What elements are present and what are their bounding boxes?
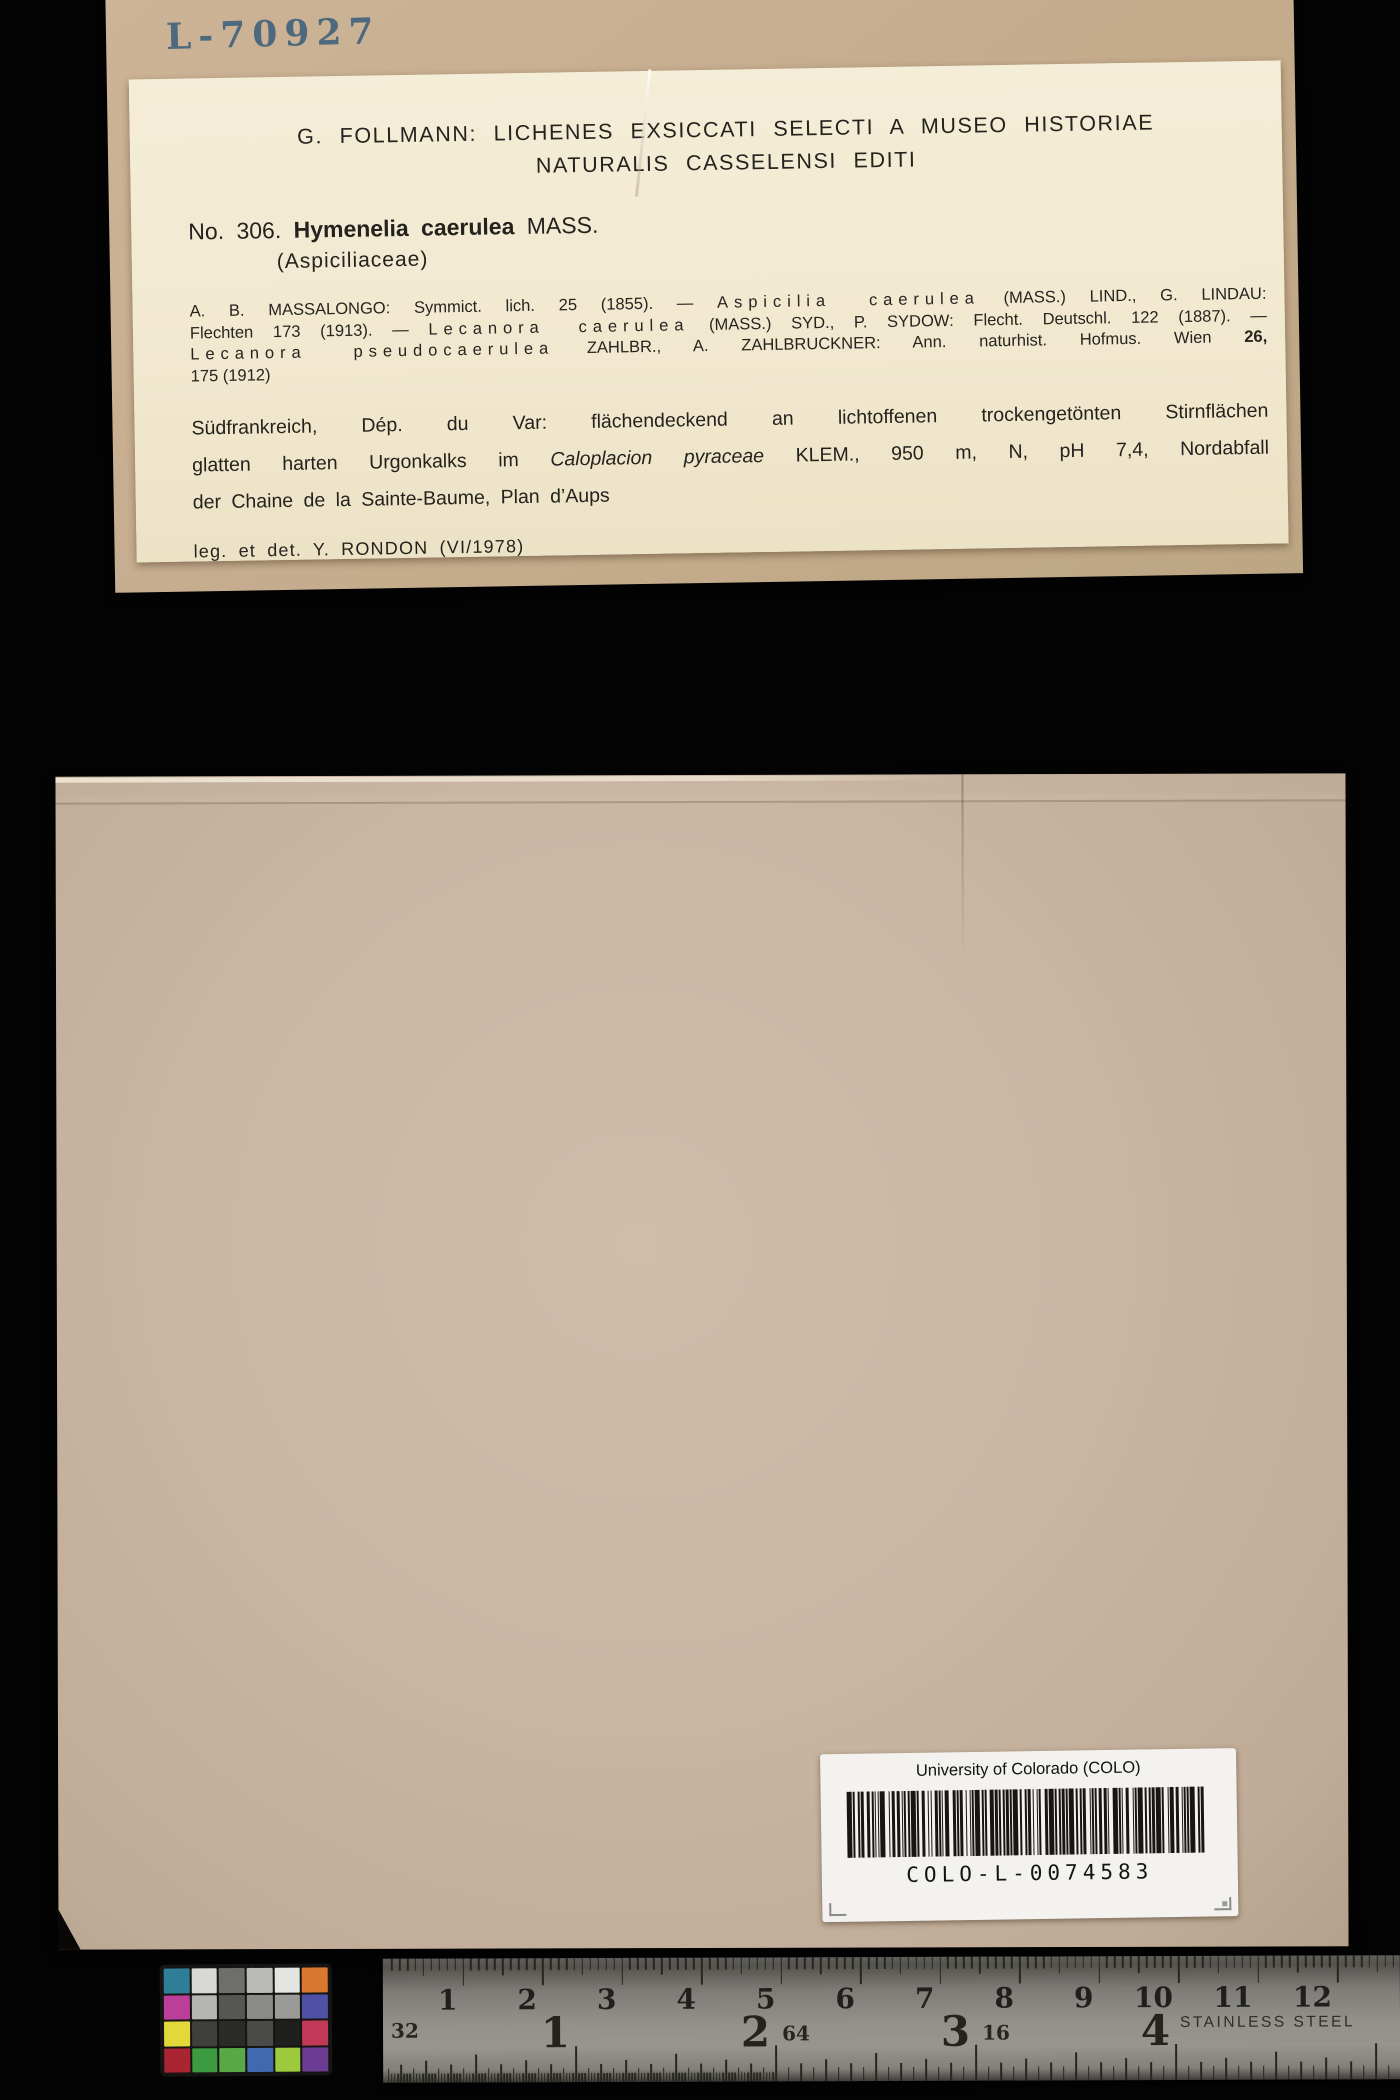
barcode-bar	[944, 1790, 950, 1856]
ruler-tick	[1297, 1956, 1299, 1973]
ruler-tick	[1043, 1956, 1045, 1968]
ruler-tick	[663, 2068, 665, 2082]
ruler-tick	[678, 2073, 680, 2082]
ruler-tick	[1392, 1955, 1394, 1967]
ruler-tick	[1329, 1955, 1331, 1967]
barcode-bar	[1082, 1788, 1086, 1854]
barcode-bar	[1121, 1788, 1124, 1854]
ruler-inch-number: 3	[941, 2007, 975, 2056]
barcode-bar	[911, 1791, 917, 1857]
collector-line: leg. et det. Y. RONDON (VI/1978)	[193, 523, 1288, 562]
ruler-tick	[653, 2073, 655, 2082]
ruler-fraction-label: 64	[782, 2021, 810, 2045]
color-patch	[247, 2047, 273, 2072]
ruler-tick	[407, 1959, 409, 1971]
color-patch	[274, 1968, 300, 1993]
ruler-tick	[1345, 1955, 1347, 1967]
ruler-tick	[558, 1958, 560, 1970]
color-patch	[247, 1994, 273, 2019]
ruler-tick	[1138, 2066, 1140, 2080]
ruler-tick	[963, 2067, 965, 2081]
ruler-tick	[688, 2068, 690, 2082]
synonym-taxon: Lecanora caerulea	[428, 316, 689, 338]
ruler-tick	[892, 1957, 894, 1969]
ruler-tick	[1233, 1956, 1235, 1968]
color-patch	[192, 2048, 218, 2073]
ruler-tick	[701, 1958, 703, 1985]
ruler-brand-text: STAINLESS STEEL	[1180, 2013, 1355, 2032]
color-patch	[192, 2021, 218, 2046]
ruler-tick	[1388, 2065, 1390, 2079]
ruler-tick	[531, 2073, 533, 2082]
ruler-tick	[406, 2074, 408, 2083]
ruler-tick	[1075, 2052, 1077, 2080]
ruler-tick	[528, 2073, 530, 2082]
ruler-tick	[430, 1959, 432, 1971]
ruler-tick	[391, 1959, 393, 1971]
species-name: Hymenelia caerulea	[293, 213, 514, 243]
color-patch	[220, 2048, 246, 2073]
ruler-cm-number: 4	[676, 1983, 701, 2016]
ruler-tick	[825, 2059, 827, 2081]
ruler-tick	[1178, 1956, 1180, 1983]
locality-paragraph: Südfrankreich, Dép. du Var: flächendecke…	[191, 393, 1270, 522]
envelope-fold-crease	[56, 799, 1346, 804]
ruler-tick	[772, 1957, 774, 1969]
color-calibration-chart	[160, 1963, 333, 2076]
ruler-tick	[466, 2073, 468, 2082]
ruler-tick	[638, 2068, 640, 2082]
ruler-tick	[1213, 2066, 1215, 2080]
ruler-tick	[578, 2073, 580, 2082]
synonymy-paragraph: A. B. MASSALONGO: Symmict. lich. 25 (185…	[189, 284, 1267, 388]
ruler-tick	[391, 2074, 393, 2083]
ruler-tick	[950, 2063, 952, 2081]
ruler-tick	[585, 2073, 587, 2082]
ruler-tick	[691, 2073, 693, 2082]
ruler-tick	[987, 1957, 989, 1969]
ruler-tick	[388, 2069, 390, 2083]
ruler-tick	[645, 1958, 647, 1970]
ruler-tick	[425, 2061, 427, 2083]
ruler-tick	[589, 1958, 591, 1970]
barcode-bar	[1020, 1789, 1023, 1855]
ruler-tick	[756, 1957, 758, 1969]
ruler-tick	[416, 2074, 418, 2083]
ruler-tick	[481, 2073, 483, 2082]
ruler-tick	[566, 2073, 568, 2082]
ruler-cm-number: 7	[915, 1982, 940, 2015]
community-taxon: Caloplacion pyraceae	[550, 445, 764, 471]
color-patch	[219, 2021, 245, 2046]
ruler-tick	[1263, 2066, 1265, 2080]
ruler-cm-number: 2	[517, 1983, 542, 2016]
ruler-tick	[979, 1957, 981, 1974]
ruler-tick	[820, 1957, 822, 1974]
ruler-tick	[915, 1957, 917, 1969]
ruler-tick	[913, 2067, 915, 2081]
ruler-tick	[653, 1958, 655, 1970]
ruler-tick	[836, 1957, 838, 1969]
ruler-tick	[1321, 1955, 1323, 1967]
barcode-bar	[1107, 1788, 1110, 1854]
ruler-tick	[1305, 1956, 1307, 1968]
corner-mark-icon	[1214, 1897, 1231, 1910]
ruler-tick	[463, 2068, 465, 2082]
ruler-tick	[399, 1959, 401, 1971]
ruler-tick	[938, 2067, 940, 2081]
ruler-cm-number: 1	[438, 1983, 463, 2016]
ruler-tick	[988, 2067, 990, 2081]
ruler-tick	[1313, 1956, 1315, 1968]
ruler-cm-number: 3	[597, 1983, 622, 2016]
ruler-tick	[812, 1957, 814, 1969]
color-patch	[164, 2048, 190, 2073]
corner-mark-icon	[829, 1903, 846, 1916]
text: Flechten 173 (1913). —	[190, 320, 429, 342]
ruler-tick	[616, 2073, 618, 2082]
ruler-tick	[741, 1958, 743, 1975]
specimen-envelope: University of Colorado (COLO) COLO-L-007…	[55, 773, 1348, 1949]
ruler-tick	[1098, 1956, 1100, 1983]
ruler-tick	[735, 2073, 737, 2082]
ruler-inch-number: 4	[1141, 2006, 1175, 2055]
ruler-tick	[1186, 1956, 1188, 1968]
ruler-tick	[1200, 2062, 1202, 2080]
ruler-tick	[1114, 1956, 1116, 1968]
ruler-tick	[502, 1958, 504, 1975]
ruler-tick	[550, 2064, 552, 2082]
ruler-tick	[550, 1958, 552, 1970]
ruler-tick	[1170, 1956, 1172, 1968]
ruler-tick	[526, 1958, 528, 1970]
ruler-tick	[1082, 1956, 1084, 1968]
ruler-tick	[697, 2073, 699, 2082]
ruler-tick	[923, 1957, 925, 1969]
ruler-tick	[628, 2073, 630, 2082]
barcode-bar	[1113, 1788, 1119, 1854]
ruler-tick	[547, 2073, 549, 2082]
ruler-tick	[622, 2073, 624, 2082]
ruler-tick	[500, 2064, 502, 2082]
ruler-fraction-label: 16	[982, 2021, 1010, 2045]
ruler-tick	[1150, 2062, 1152, 2080]
ruler-tick	[694, 2073, 696, 2082]
ruler-tick	[581, 2073, 583, 2082]
ruler-tick	[1375, 2043, 1377, 2079]
ruler-tick	[413, 2069, 415, 2083]
ruler-tick	[1369, 1955, 1371, 1967]
ruler-tick	[1350, 2061, 1352, 2079]
ruler-tick	[1063, 2066, 1065, 2080]
ruler-tick	[422, 2074, 424, 2083]
ruler-tick	[1353, 1955, 1355, 1967]
ruler-tick	[741, 2073, 743, 2082]
specimen-photo: L-70927 G. FOLLMANN: LICHENES EXSICCATI …	[0, 0, 1400, 2100]
ruler-tick	[800, 2063, 802, 2081]
ruler-tick	[1146, 1956, 1148, 1968]
ruler-tick	[637, 1958, 639, 1970]
ruler-tick	[1122, 1956, 1124, 1968]
ruler-cm-number: 11	[1213, 1981, 1257, 2014]
ruler-tick	[748, 1957, 750, 1969]
color-patch	[303, 2047, 329, 2072]
color-patch	[219, 1968, 245, 1993]
specimen-packet-top: L-70927 G. FOLLMANN: LICHENES EXSICCATI …	[105, 0, 1303, 593]
color-patch	[164, 2021, 190, 2046]
ruler-tick	[1249, 1956, 1251, 1968]
ruler-tick	[397, 2074, 399, 2083]
ruler-tick	[1162, 1956, 1164, 1968]
barcode-bar	[1076, 1788, 1079, 1854]
ruler-tick	[1289, 1956, 1291, 1968]
ruler-tick	[733, 1958, 735, 1970]
ruler-tick	[394, 2074, 396, 2083]
barcode-bar	[861, 1792, 865, 1858]
ruler-tick	[764, 1957, 766, 1969]
ruler-tick	[556, 2073, 558, 2082]
ruler-tick	[486, 1958, 488, 1970]
ruler-tick	[478, 2073, 480, 2082]
volume-number: 26,	[1244, 328, 1267, 346]
ruler-tick	[1363, 2065, 1365, 2079]
ruler-tick	[510, 2073, 512, 2082]
ruler-tick	[907, 1957, 909, 1969]
ruler-inch-number: 2	[741, 2007, 775, 2056]
ruler-tick	[1241, 1956, 1243, 1968]
ruler-tick	[1338, 2065, 1340, 2079]
ruler-tick	[1325, 2057, 1327, 2079]
barcode-bar	[1170, 1787, 1174, 1853]
ruler-tick	[510, 1958, 512, 1970]
ruler-tick	[597, 1958, 599, 1970]
barcode-bar	[1189, 1787, 1195, 1853]
text: KLEM., 950 m, N, pH 7,4, Nordabfall	[764, 437, 1269, 467]
ruler-tick	[641, 2073, 643, 2082]
ruler-tick	[1000, 2063, 1002, 2081]
barcode-bar	[847, 1792, 853, 1858]
ruler-tick	[541, 2073, 543, 2082]
ruler-tick	[995, 1957, 997, 1969]
ruler-tick	[780, 1957, 782, 1984]
ruler-tick	[553, 2073, 555, 2082]
ruler-tick	[868, 1957, 870, 1969]
barcode-bar	[1138, 1787, 1144, 1853]
ruler-tick	[719, 2073, 721, 2082]
ruler-tick	[1066, 1956, 1068, 1968]
ruler-tick	[900, 1957, 902, 1974]
ruler-tick	[725, 2060, 727, 2082]
ruler-tick	[971, 1957, 973, 1969]
ruler-tick	[625, 2060, 627, 2082]
ruler-tick	[717, 1958, 719, 1970]
ruler-tick	[939, 1957, 941, 1984]
ruler-tick	[538, 2068, 540, 2082]
ruler-tick	[813, 2067, 815, 2081]
ruler-tick	[594, 2073, 596, 2082]
barcode-bar	[965, 1790, 968, 1856]
barcode-bar	[1201, 1787, 1205, 1853]
ruler-tick	[860, 1957, 862, 1984]
ruler-tick	[1003, 1957, 1005, 1969]
barcode-bar	[853, 1792, 856, 1858]
ruler-tick	[1175, 2044, 1177, 2080]
ruler-tick	[470, 1958, 472, 1970]
ruler-tick	[575, 2046, 577, 2082]
ruler-tick	[506, 2073, 508, 2082]
ruler-tick	[666, 2073, 668, 2082]
ruler-tick	[693, 1958, 695, 1970]
ruler-tick	[888, 2067, 890, 2081]
ruler-tick	[863, 2067, 865, 2081]
ruler-tick	[772, 2072, 774, 2081]
ruler-tick	[1202, 1956, 1204, 1968]
ruler-tick	[435, 2074, 437, 2083]
ruler-tick	[675, 2054, 677, 2082]
ruler-tick	[763, 2067, 765, 2081]
ruler-tick	[852, 1957, 854, 1969]
ruler-tick	[703, 2073, 705, 2082]
ruler-tick	[753, 2072, 755, 2081]
ruler-tick	[677, 1958, 679, 1970]
ruler-tick	[1088, 2066, 1090, 2080]
ruler-tick	[635, 2073, 637, 2082]
ruler-tick	[438, 2069, 440, 2083]
ruler-tick	[454, 1959, 456, 1971]
ruler-tick	[629, 1958, 631, 1970]
ruler-tick	[453, 2074, 455, 2083]
barcode-bar	[1068, 1788, 1074, 1854]
barcode-bar	[975, 1790, 981, 1856]
ruler-tick	[1113, 2066, 1115, 2080]
ruler-tick	[750, 2063, 752, 2081]
ruler-tick	[485, 2073, 487, 2082]
ruler-tick	[716, 2073, 718, 2082]
ruler-tick	[431, 2074, 433, 2083]
ruler-tick	[569, 2073, 571, 2082]
ruler-tick	[572, 2073, 574, 2082]
ruler-tick	[656, 2073, 658, 2082]
ruler-tick	[574, 1958, 576, 1970]
ruler-tick	[756, 2072, 758, 2081]
ruler-tick	[613, 2068, 615, 2082]
color-patch	[164, 1995, 190, 2020]
color-patch	[302, 1994, 328, 2019]
barcode-bar	[1039, 1789, 1042, 1855]
ruler-tick	[497, 2073, 499, 2082]
ruler-tick	[850, 2063, 852, 2081]
ruler-tick	[744, 2073, 746, 2082]
ruler-tick	[560, 2073, 562, 2082]
color-patch	[219, 1995, 245, 2020]
ruler-tick	[1038, 2066, 1040, 2080]
ruler-tick	[582, 1958, 584, 1975]
barcode-bar	[866, 1792, 870, 1858]
ruler-tick	[488, 2068, 490, 2082]
ruler-tick	[525, 2060, 527, 2082]
barcode-bar	[1156, 1787, 1162, 1853]
ruler-tick	[535, 2073, 537, 2082]
ruler-tick	[1300, 2062, 1302, 2080]
ruler-tick	[613, 1958, 615, 1970]
ruler-tick	[955, 1957, 957, 1969]
ruler-tick	[1250, 2062, 1252, 2080]
ruler-tick	[788, 1957, 790, 1969]
ruler-tick	[519, 2073, 521, 2082]
ruler-tick	[563, 2068, 565, 2082]
barcode-bar	[999, 1790, 1002, 1856]
ruler-tick	[450, 2065, 452, 2083]
ruler-tick	[1257, 1956, 1259, 1983]
ruler-tick	[728, 2073, 730, 2082]
ruler-tick	[760, 2072, 762, 2081]
ruler-inch-number: 1	[541, 2008, 575, 2057]
ruler-tick	[603, 2073, 605, 2082]
ruler-tick	[1225, 2058, 1227, 2080]
exsiccati-label: G. FOLLMANN: LICHENES EXSICCATI SELECTI …	[129, 60, 1289, 562]
ruler-tick	[1225, 1956, 1227, 1968]
ruler-tick	[446, 1959, 448, 1971]
ruler-tick	[472, 2073, 474, 2082]
ruler-tick	[766, 2072, 768, 2081]
ruler-cm-number: 12	[1293, 1980, 1337, 2013]
color-patch	[302, 1967, 328, 1992]
ruler-tick	[1130, 1956, 1132, 1968]
ruler-tick	[597, 2073, 599, 2082]
ruler-tick	[963, 1957, 965, 1969]
ruler-tick	[713, 2068, 715, 2082]
ruler-tick	[1377, 1955, 1379, 1972]
ruler-tick	[1218, 1956, 1220, 1973]
ruler-tick	[876, 1957, 878, 1969]
ruler: 1234567891011121234326416STAINLESS STEEL	[383, 1955, 1400, 2083]
ruler-tick	[685, 1958, 687, 1970]
ruler-tick	[669, 2073, 671, 2082]
ruler-tick	[1384, 1955, 1386, 1967]
ruler-tick	[606, 2073, 608, 2082]
ruler-tick	[400, 2065, 402, 2083]
ruler-tick	[410, 2074, 412, 2083]
ruler-tick	[769, 2072, 771, 2081]
ruler-tick	[681, 2073, 683, 2082]
ruler-tick	[478, 1958, 480, 1970]
ruler-tick	[469, 2073, 471, 2082]
ruler-tick	[900, 2063, 902, 2081]
barcode-bar	[1125, 1788, 1129, 1854]
ruler-tick	[706, 2073, 708, 2082]
ruler-tick	[588, 2068, 590, 2082]
ruler-tick	[947, 1957, 949, 1969]
ruler-tick	[456, 2074, 458, 2083]
barcode-bar	[880, 1791, 886, 1857]
barcode-bar	[1162, 1787, 1165, 1853]
ruler-tick	[610, 2073, 612, 2082]
ruler-tick	[1035, 1956, 1037, 1968]
ruler-tick	[1025, 2059, 1027, 2081]
ruler-tick	[1281, 1956, 1283, 1968]
color-patch	[247, 2021, 273, 2046]
color-patch	[247, 1968, 273, 1993]
ruler-tick	[672, 2073, 674, 2082]
ruler-tick	[621, 1958, 623, 1985]
ruler-tick	[566, 1958, 568, 1970]
synonym-taxon: Lecanora pseudocaerulea	[190, 339, 554, 363]
barcode-bar	[985, 1790, 988, 1856]
color-patch	[191, 1968, 217, 1993]
ruler-tick	[494, 2073, 496, 2082]
ruler-tick	[438, 1959, 440, 1971]
ruler-tick	[731, 2073, 733, 2082]
